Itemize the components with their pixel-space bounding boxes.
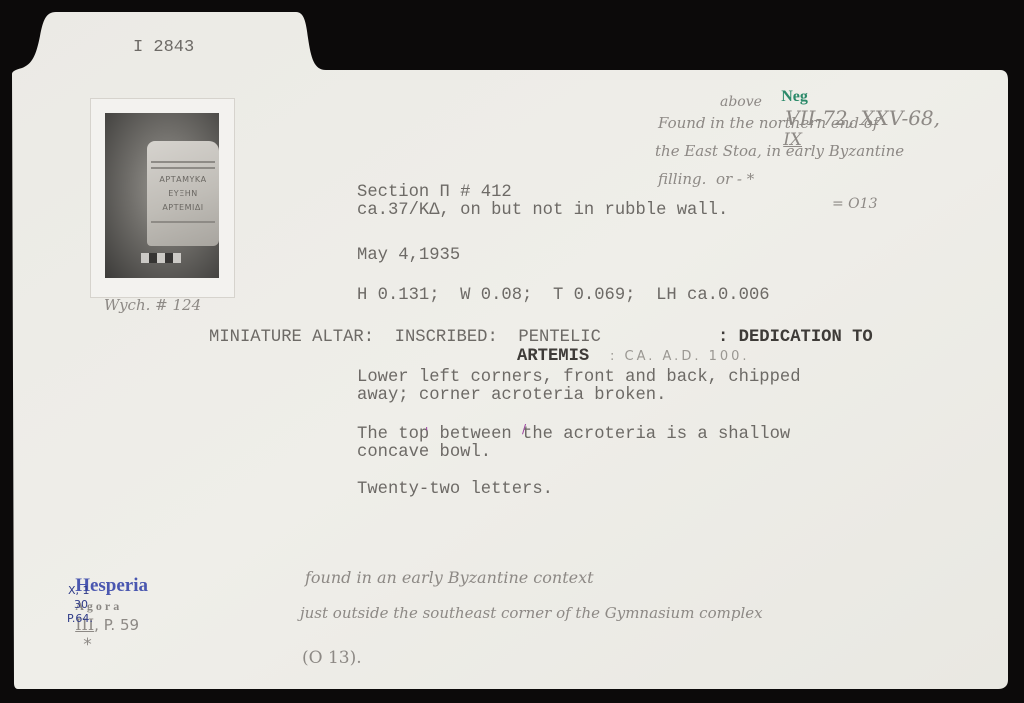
bibliography: Hesperia Agora III, P. 59 * (56, 557, 148, 655)
asterisk-mark: * (83, 635, 92, 655)
hesperia-ref-volume: X, 1 (68, 584, 90, 597)
hesperia-ref-number: 30 (74, 598, 88, 611)
handwritten-findspot-line3: filling. or - * (658, 170, 754, 188)
object-title-part2: : DEDICATION TO (718, 328, 873, 347)
excavation-date: May 4,1935 (357, 246, 460, 265)
handwritten-bottom-line3: (O 13). (302, 648, 362, 668)
photo-mount: ΑΡΤΑΜΥΚΑ ΕΥΞΗΝ ΑΡΤΕΜΙΔΙ (90, 98, 235, 298)
description-line-2: away; corner acroteria broken. (357, 386, 666, 405)
handwritten-bottom-line2: just outside the southeast corner of the… (300, 604, 763, 622)
inscription-line-1: ΑΡΤΑΜΥΚΑ (147, 175, 219, 184)
handwritten-insert-above: above (720, 94, 762, 110)
neg-stamp: Neg (781, 88, 808, 105)
altar-image: ΑΡΤΑΜΥΚΑ ΕΥΞΗΝ ΑΡΤΕΜΙΔΙ (147, 141, 219, 246)
hesperia-ref-page: P.64. (67, 612, 93, 625)
object-title-part3: ARTEMIS (517, 347, 589, 366)
agora-page: , P. 59 (94, 616, 139, 634)
location-line: ca.37/ΚΔ, on but not in rubble wall. (357, 201, 728, 220)
description-line-3: The top between the acroteria is a shall… (357, 425, 790, 444)
section-line: Section Π # 412 (357, 183, 512, 202)
handwritten-findspot-line1: Found in the northern end of (658, 114, 878, 132)
handwritten-findspot-line2: the East Stoa, in early Byzantine (655, 142, 904, 160)
description-line-5: Twenty-two letters. (357, 480, 553, 499)
acroteria-tick-open: ' (425, 425, 428, 439)
altar-photo[interactable]: ΑΡΤΑΜΥΚΑ ΕΥΞΗΝ ΑΡΤΕΜΙΔΙ (105, 113, 219, 278)
date-note: : CA. A.D. 100. (610, 349, 750, 364)
acroteria-tick-close: / (522, 422, 526, 436)
object-title-part1: MINIATURE ALTAR: INSCRIBED: PENTELIC (209, 328, 601, 347)
description-line-1: Lower left corners, front and back, chip… (357, 368, 801, 387)
dimensions: H 0.131; W 0.08; T 0.069; LH ca.0.006 (357, 286, 770, 305)
inventory-number: I 2843 (133, 38, 194, 57)
negative-numbers: Neg VII-72, XXV-68, IX (762, 70, 940, 150)
inscription-line-3: ΑΡΤΕΜΙΔΙ (147, 203, 219, 212)
description-line-4: concave bowl. (357, 443, 491, 462)
photo-caption: Wych. # 124 (104, 296, 201, 314)
inscription-line-2: ΕΥΞΗΝ (147, 189, 219, 198)
handwritten-bottom-line1: found in an early Byzantine context (305, 568, 594, 587)
handwritten-grid-ref: = O13 (832, 196, 877, 212)
photo-scale-bar (141, 253, 181, 263)
